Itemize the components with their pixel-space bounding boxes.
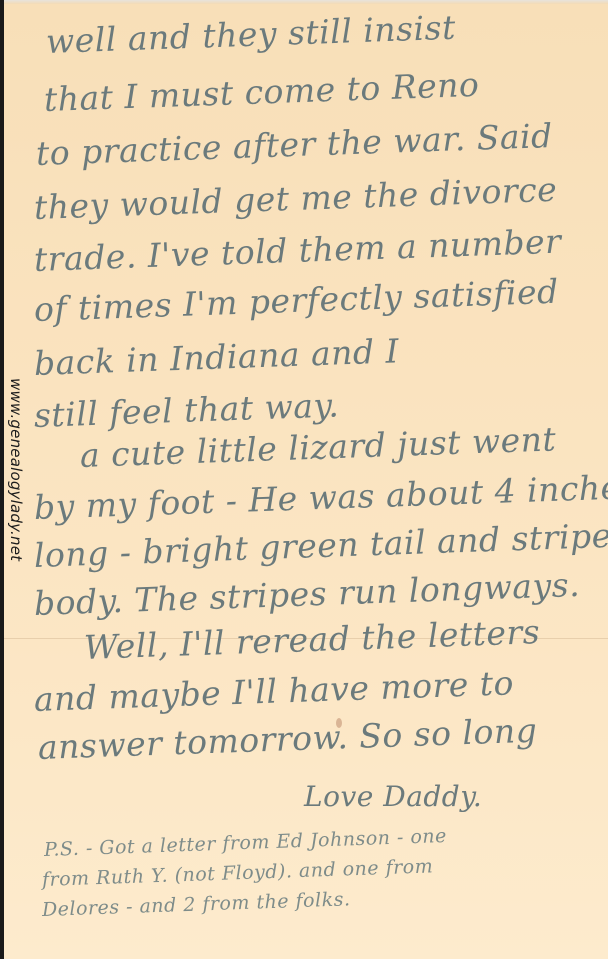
- letter-closing: Love Daddy.: [304, 780, 482, 814]
- page-top-edge: [0, 0, 608, 4]
- letter-line: and maybe I'll have more to: [33, 663, 514, 720]
- letter-line: they would get me the divorce: [33, 170, 558, 228]
- letter-line: Well, I'll reread the letters: [83, 612, 540, 668]
- postscript-line: Delores - and 2 from the folks.: [42, 887, 351, 922]
- letter-line: well and they still insist: [45, 8, 456, 62]
- letter-line: of times I'm perfectly satisfied: [33, 272, 559, 330]
- letter-line: to practice after the war. Said: [35, 116, 553, 174]
- watermark-text: www.genealogylady.net: [2, 378, 30, 608]
- letter-line: trade. I've told them a number: [33, 222, 562, 280]
- letter-line: answer tomorrow. So so long: [37, 711, 538, 768]
- letter-page: www.genealogylady.net well and they stil…: [0, 0, 608, 959]
- letter-line: that I must come to Reno: [43, 65, 480, 120]
- letter-line: back in Indiana and I: [33, 331, 399, 384]
